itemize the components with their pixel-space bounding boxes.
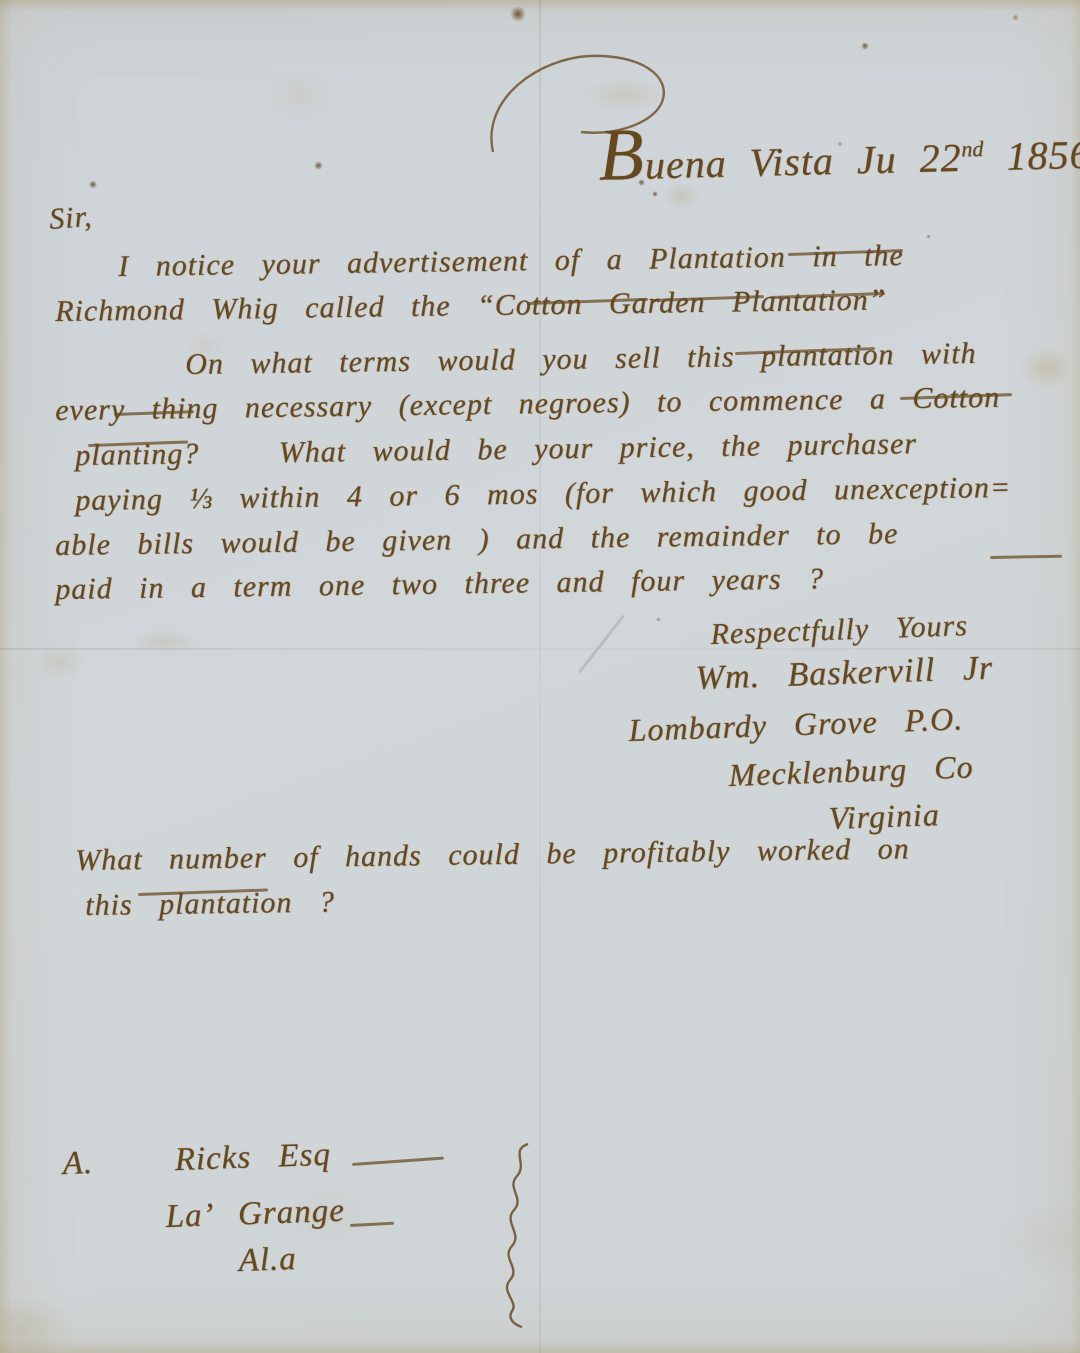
body-line: paid in a term one two three and four ye… xyxy=(55,562,824,607)
date-ordinal: nd xyxy=(961,136,984,162)
place-name: Buena Vista xyxy=(598,137,834,190)
ink-spot xyxy=(510,6,526,22)
closing-line: Lombardy Grove P.O. xyxy=(628,700,964,749)
body-line: I notice your advertisement of a Plantat… xyxy=(118,239,904,284)
horizontal-fold-line xyxy=(0,648,1080,650)
ink-spot xyxy=(1012,14,1019,21)
heading-place-date: Buena Vista Ju 22nd 1856 xyxy=(505,84,1080,239)
date-month-day: Ju 22 xyxy=(856,135,962,183)
closing-line: Respectfully Yours xyxy=(710,609,968,652)
closing-line: Mecklenburg Co xyxy=(728,748,974,794)
closing-line: Virginia xyxy=(828,796,940,837)
signature: Wm. Baskervill Jr xyxy=(695,650,994,698)
ink-spot xyxy=(89,180,97,189)
ink-spot xyxy=(314,161,323,170)
postscript-line: What number of hands could be profitably… xyxy=(75,832,910,878)
address-line: Al.a xyxy=(238,1241,297,1280)
body-line: able bills would be given ) and the rema… xyxy=(55,517,899,563)
body-line: paying ⅓ within 4 or 6 mos (for which go… xyxy=(75,471,1011,518)
ink-flourish-stroke xyxy=(350,1222,394,1227)
address-line: La’ Grange xyxy=(165,1193,345,1236)
body-line: every thing necessary (except negroes) t… xyxy=(55,381,1000,428)
body-line: planting? What would be your price, the … xyxy=(75,427,917,473)
body-line: Richmond Whig called the “Cotton Garden … xyxy=(55,283,887,329)
postscript-line: this plantation ? xyxy=(85,886,335,923)
ink-spot xyxy=(926,234,931,239)
address-brace xyxy=(488,1140,538,1330)
body-line: On what terms would you sell this planta… xyxy=(185,337,977,382)
ink-spot xyxy=(861,42,869,50)
salutation: Sir, xyxy=(48,200,93,237)
address-line: A. Ricks Esq xyxy=(62,1137,332,1183)
ink-flourish-stroke xyxy=(990,555,1062,559)
date-year: 1856 xyxy=(1006,132,1080,179)
letter-page: Buena Vista Ju 22nd 1856 Sir, I notice y… xyxy=(0,0,1080,1353)
ink-spot xyxy=(656,617,661,622)
crease-mark xyxy=(578,615,625,674)
ink-flourish-stroke xyxy=(352,1157,444,1166)
